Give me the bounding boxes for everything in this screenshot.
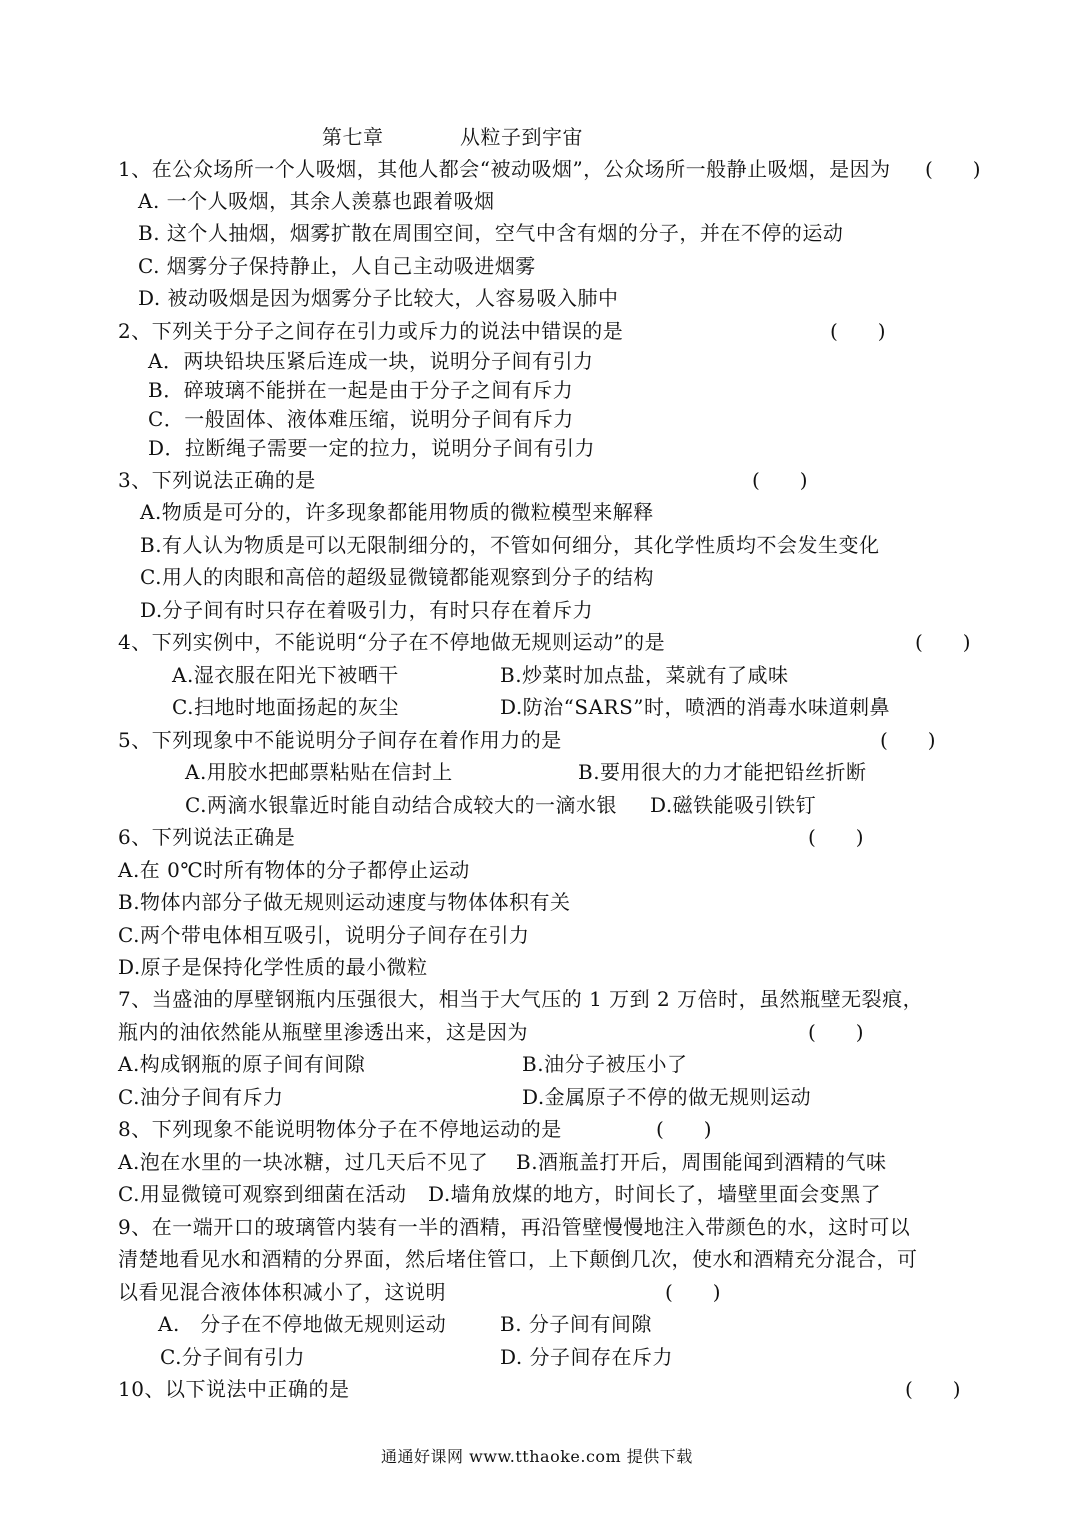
question-2-option-a: A．两块铅块压紧后连成一块，说明分子间有引力: [148, 348, 593, 374]
question-9-option-a: A. 分子在不停地做无规则运动: [158, 1311, 446, 1337]
question-6-answer-blank: ( ): [808, 824, 864, 850]
chapter-number: 第七章: [322, 124, 384, 150]
question-10-stem: 10、以下说法中正确的是: [118, 1376, 349, 1402]
question-6-option-c: C.两个带电体相互吸引，说明分子间存在引力: [118, 922, 529, 948]
question-1-option-d: D. 被动吸烟是因为烟雾分子比较大，人容易吸入肺中: [138, 285, 619, 311]
question-5-option-d: D.磁铁能吸引铁钉: [650, 792, 816, 818]
question-3-option-d: D.分子间有时只存在着吸引力，有时只存在着斥力: [140, 597, 593, 623]
question-9-option-b: B. 分子间有间隙: [500, 1311, 652, 1337]
question-3-answer-blank: ( ): [752, 467, 808, 493]
question-1-option-b: B. 这个人抽烟，烟雾扩散在周围空间，空气中含有烟的分子，并在不停的运动: [138, 220, 843, 246]
question-2-stem: 2、下列关于分子之间存在引力或斥力的说法中错误的是: [118, 318, 623, 344]
chapter-title: 从粒子到宇宙: [460, 124, 583, 150]
question-1-option-c: C. 烟雾分子保持静止，人自己主动吸进烟雾: [138, 253, 536, 279]
question-8-option-c: C.用显微镜可观察到细菌在活动: [118, 1181, 406, 1207]
question-5-answer-blank: ( ): [880, 727, 936, 753]
question-8-answer-blank: ( ): [656, 1116, 712, 1142]
question-9-option-d: D. 分子间存在斥力: [500, 1344, 673, 1370]
question-7-option-d: D.金属原子不停的做无规则运动: [522, 1084, 811, 1110]
question-1-answer-blank: ( ): [925, 156, 981, 182]
question-5-stem: 5、下列现象中不能说明分子间存在着作用力的是: [118, 727, 562, 753]
question-9-stem-line-1: 9、在一端开口的玻璃管内装有一半的酒精，再沿管壁慢慢地注入带颜色的水，这时可以: [118, 1214, 910, 1240]
question-9-stem-line-2: 清楚地看见水和酒精的分界面，然后堵住管口，上下颠倒几次，使水和酒精充分混合，可: [118, 1246, 918, 1272]
question-6-option-a: A.在 0℃时所有物体的分子都停止运动: [118, 857, 470, 883]
question-1-stem: 1、在公众场所一个人吸烟，其他人都会“被动吸烟”，公众场所一般静止吸烟，是因为: [118, 156, 891, 182]
question-2-option-c: C．一般固体、液体难压缩，说明分子间有斥力: [148, 406, 574, 432]
question-4-option-c: C.扫地时地面扬起的灰尘: [172, 694, 399, 720]
question-7-option-c: C.油分子间有斥力: [118, 1084, 283, 1110]
question-4-answer-blank: ( ): [915, 629, 971, 655]
question-2-option-b: B．碎玻璃不能拼在一起是由于分子之间有斥力: [148, 377, 573, 403]
question-7-stem-line-1: 7、当盛油的厚壁钢瓶内压强很大，相当于大气压的 1 万到 2 万倍时，虽然瓶壁无…: [118, 986, 923, 1012]
question-8-option-a: A.泡在水里的一块冰糖，过几天后不见了: [118, 1149, 488, 1175]
question-5-option-c: C.两滴水银靠近时能自动结合成较大的一滴水银: [185, 792, 617, 818]
question-9-stem-line-3: 以看见混合液体体积减小了，这说明: [118, 1279, 446, 1305]
question-7-option-a: A.构成钢瓶的原子间有间隙: [118, 1051, 365, 1077]
question-9-answer-blank: ( ): [665, 1279, 721, 1305]
question-5-option-a: A.用胶水把邮票粘贴在信封上: [185, 759, 453, 785]
question-3-option-c: C.用人的肉眼和高倍的超级显微镜都能观察到分子的结构: [140, 564, 654, 590]
question-3-stem: 3、下列说法正确的是: [118, 467, 316, 493]
question-3-option-a: A.物质是可分的，许多现象都能用物质的微粒模型来解释: [140, 499, 654, 525]
question-4-option-b: B.炒菜时加点盐，菜就有了咸味: [500, 662, 789, 688]
question-6-option-b: B.物体内部分子做无规则运动速度与物体体积有关: [118, 889, 571, 915]
question-4-option-a: A.湿衣服在阳光下被晒干: [172, 662, 399, 688]
question-7-answer-blank: ( ): [808, 1019, 864, 1045]
question-2-option-d: D．拉断绳子需要一定的拉力，说明分子间有引力: [148, 435, 595, 461]
question-6-stem: 6、下列说法正确是: [118, 824, 295, 850]
question-8-option-b: B.酒瓶盖打开后，周围能闻到酒精的气味: [516, 1149, 887, 1175]
question-10-answer-blank: ( ): [905, 1376, 961, 1402]
question-7-stem-line-2: 瓶内的油依然能从瓶壁里渗透出来，这是因为: [118, 1019, 528, 1045]
question-4-stem: 4、下列实例中，不能说明“分子在不停地做无规则运动”的是: [118, 629, 665, 655]
question-3-option-b: B.有人认为物质是可以无限制细分的，不管如何细分，其化学性质均不会发生变化: [140, 532, 880, 558]
question-5-option-b: B.要用很大的力才能把铅丝折断: [578, 759, 867, 785]
page-footer: 通通好课网 www.tthaoke.com 提供下载: [381, 1444, 693, 1470]
question-1-option-a: A. 一个人吸烟，其余人羡慕也跟着吸烟: [138, 188, 495, 214]
question-8-option-d: D.墙角放煤的地方，时间长了，墙壁里面会变黑了: [428, 1181, 881, 1207]
question-4-option-d: D.防治“SARS”时，喷洒的消毒水味道刺鼻: [500, 694, 890, 720]
question-8-stem: 8、下列现象不能说明物体分子在不停地运动的是: [118, 1116, 562, 1142]
question-9-option-c: C.分子间有引力: [160, 1344, 305, 1370]
question-6-option-d: D.原子是保持化学性质的最小微粒: [118, 954, 428, 980]
question-7-option-b: B.油分子被压小了: [522, 1051, 688, 1077]
question-2-answer-blank: ( ): [830, 318, 886, 344]
